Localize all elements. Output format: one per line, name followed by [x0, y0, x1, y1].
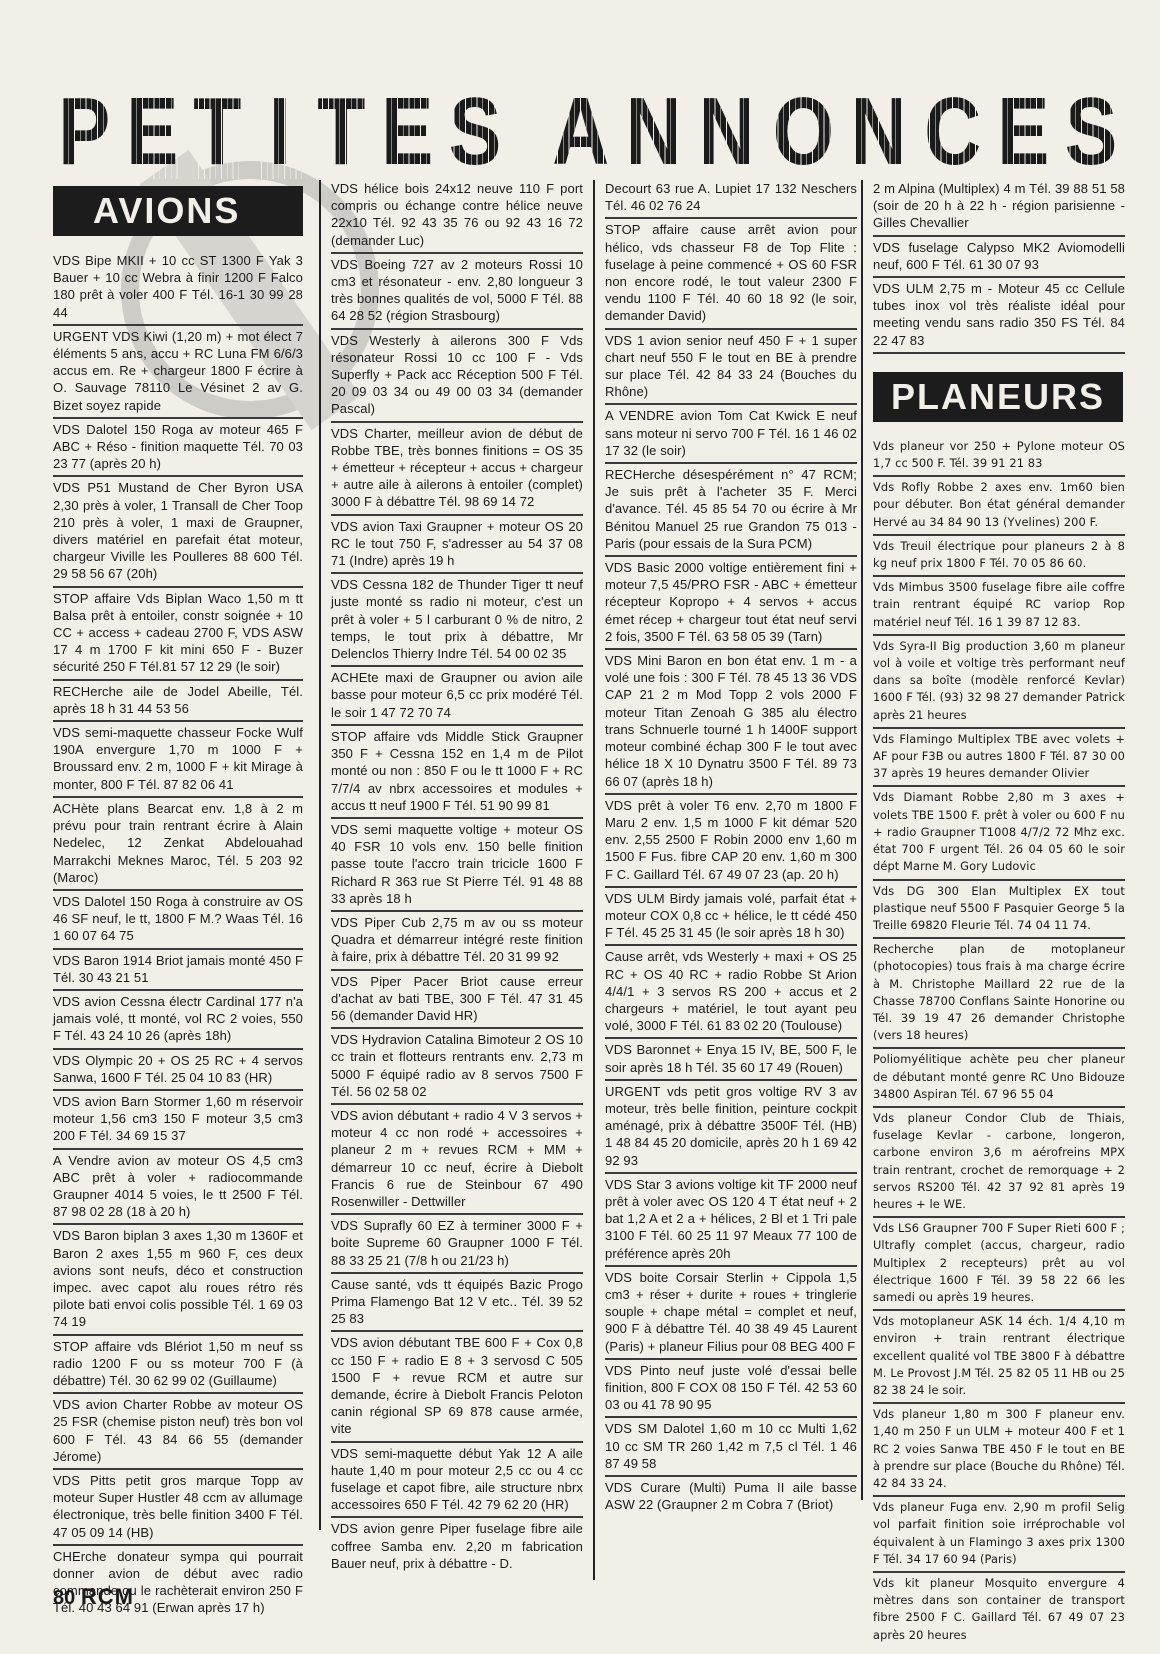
classified-ad: Vds planeur Fuga env. 2,90 m profil Seli… [873, 1497, 1125, 1573]
classified-ad: STOP affaire Vds Biplan Waco 1,50 m tt B… [53, 588, 303, 681]
classified-ad: Vds kit planeur Mosquito envergure 4 mèt… [873, 1573, 1125, 1647]
title-letter: S [449, 85, 502, 179]
title-letter: A [552, 85, 609, 179]
title-letter: O [772, 85, 833, 179]
classified-ad: VDS Dalotel 150 Roga av moteur 465 F ABC… [53, 419, 303, 478]
classified-ad: VDS ULM Birdy jamais volé, parfait état … [605, 888, 857, 947]
classified-ad: Vds planeur 1,80 m 300 F planeur env. 1,… [873, 1404, 1125, 1497]
classified-ad: 2 m Alpina (Multiplex) 4 m Tél. 39 88 51… [873, 180, 1125, 237]
classified-ad: URGENT vds petit gros voltige RV 3 av mo… [605, 1081, 857, 1174]
classified-ad: Vds Mimbus 3500 fuselage fibre aile coff… [873, 577, 1125, 636]
column-2: VDS hélice bois 24x12 neuve 110 F port c… [319, 180, 583, 1530]
title-letter: S [1065, 85, 1118, 179]
classified-ad: VDS avion Taxi Graupner + moteur OS 20 R… [331, 516, 583, 575]
planeurs-list: Vds planeur vor 250 + Pylone moteur OS 1… [873, 436, 1125, 1647]
classified-ad: Vds Syra-II Big production 3,60 m planeu… [873, 636, 1125, 729]
classified-ad: Vds planeur vor 250 + Pylone moteur OS 1… [873, 436, 1125, 477]
classified-ad: VDS P51 Mustand de Cher Byron USA 2,30 p… [53, 477, 303, 587]
classified-ad: VDS avion Charter Robbe av moteur OS 25 … [53, 1394, 303, 1470]
classified-ad: VDS Charter, meilleur avion de début de … [331, 423, 583, 516]
classified-ad: VDS Mini Baron en bon état env. 1 m - a … [605, 650, 857, 795]
classified-ad: VDS Piper Cub 2,75 m av ou ss moteur Qua… [331, 912, 583, 971]
classified-ad: VDS hélice bois 24x12 neuve 110 F port c… [331, 180, 583, 254]
section-header-avions: AVIONS [53, 186, 303, 236]
classified-ad: VDS Piper Pacer Briot cause erreur d'ach… [331, 971, 583, 1030]
classified-ad: Vds Rofly Robbe 2 axes env. 1m60 bien po… [873, 477, 1125, 536]
classified-ad: Vds planeur Condor Club de Thiais, fusel… [873, 1108, 1125, 1218]
classified-ad: STOP affaire vds Middle Stick Graupner 3… [331, 726, 583, 819]
classified-ad: RECHerche aile de Jodel Abeille, Tél. ap… [53, 681, 303, 722]
classified-ad: VDS ULM 2,75 m - Moteur 45 cc Cellule tu… [873, 278, 1125, 354]
classified-ad: VDS Baron biplan 3 axes 1,30 m 1360F et … [53, 1225, 303, 1335]
classified-ad: VDS SM Dalotel 1,60 m 10 cc Multi 1,62 1… [605, 1418, 857, 1477]
classified-ad: Vds Flamingo Multiplex TBE avec volets +… [873, 729, 1125, 788]
classified-ad: URGENT VDS Kiwi (1,20 m) + mot élect 7 é… [53, 326, 303, 419]
title-letter: N [699, 85, 756, 179]
classified-ad: VDS semi-maquette chasseur Focke Wulf 19… [53, 722, 303, 798]
classified-ad: VDS Boeing 727 av 2 moteurs Rossi 10 cm3… [331, 254, 583, 330]
classified-ad: VDS Olympic 20 + OS 25 RC + 4 servos San… [53, 1050, 303, 1091]
classified-ad: VDS Bipe MKII + 10 cc ST 1300 F Yak 3 Ba… [53, 250, 303, 326]
page-footer: 80 RCM [53, 1584, 134, 1610]
classified-ad: VDS Baron 1914 Briot jamais monté 450 F … [53, 950, 303, 991]
title-letter: N [625, 85, 682, 179]
title-letter: E [381, 85, 434, 179]
classified-ad: ACHEte maxi de Graupner ou avion aile ba… [331, 667, 583, 726]
classified-ad: VDS Pitts petit gros marque Topp av mote… [53, 1470, 303, 1546]
page-number: 80 [53, 1587, 75, 1609]
classified-ad: Vds DG 300 Elan Multiplex EX tout plasti… [873, 881, 1125, 940]
classified-ad: A VENDRE avion Tom Cat Kwick E neuf sans… [605, 405, 857, 464]
column-1: AVIONS VDS Bipe MKII + 10 cc ST 1300 F Y… [53, 180, 303, 1620]
classified-ad: Recherche plan de motoplaneur (photocopi… [873, 939, 1125, 1049]
classified-ad: VDS prêt à voler T6 env. 2,70 m 1800 F M… [605, 795, 857, 888]
classified-ad: Vds motoplaneur ASK 14 éch. 1/4 4,10 m e… [873, 1311, 1125, 1404]
title-letter: C [924, 85, 981, 179]
classified-ad: VDS semi-maquette début Yak 12 A aile ha… [331, 1443, 583, 1519]
classified-ad: VDS avion débutant + radio 4 V 3 servos … [331, 1105, 583, 1215]
title-letter: E [997, 85, 1050, 179]
title-letter: P [58, 85, 111, 179]
column-4: 2 m Alpina (Multiplex) 4 m Tél. 39 88 51… [861, 180, 1125, 1500]
column-3: Decourt 63 rue A. Lupiet 17 132 Neschers… [593, 180, 857, 1580]
section-header-planeurs: PLANEURS [873, 372, 1123, 422]
classified-ad: VDS semi maquette voltige + moteur OS 40… [331, 819, 583, 912]
classified-ad: STOP affaire vds Blériot 1,50 m neuf ss … [53, 1336, 303, 1395]
classified-ad: VDS Star 3 avions voltige kit TF 2000 ne… [605, 1174, 857, 1267]
classified-ad: VDS Baronnet + Enya 15 IV, BE, 500 F, le… [605, 1039, 857, 1080]
classified-ad: VDS Dalotel 150 Roga à construire av OS … [53, 891, 303, 950]
classified-ad: VDS avion genre Piper fuselage fibre ail… [331, 1518, 583, 1575]
classified-ad: RECHerche désespérément n° 47 RCM; Je su… [605, 464, 857, 557]
title-letter: T [193, 85, 241, 179]
classified-ad: Vds Treuil électrique pour planeurs 2 à … [873, 536, 1125, 577]
classified-ad: VDS avion Barn Stormer 1,60 m réservoir … [53, 1091, 303, 1150]
classified-ad: Cause arrêt, vds Westerly + maxi + OS 25… [605, 946, 857, 1039]
classified-ad: VDS fuselage Calypso MK2 Aviomodelli neu… [873, 237, 1125, 278]
classified-ad: Vds LS6 Graupner 700 F Super Rieti 600 F… [873, 1218, 1125, 1311]
classified-ad: VDS Curare (Multi) Puma II aile basse AS… [605, 1477, 857, 1516]
classified-ad: Vds Diamant Robbe 2,80 m 3 axes + volets… [873, 787, 1125, 880]
classified-ad: VDS avion Cessna électr Cardinal 177 n'a… [53, 991, 303, 1050]
title-gap [509, 85, 544, 179]
title-letter: I [256, 85, 303, 179]
classified-ad: Cause santé, vds tt équipés Bazic Progo … [331, 1274, 583, 1333]
classified-ad: VDS Pinto neuf juste volé d'essai belle … [605, 1360, 857, 1419]
classified-ad: VDS Suprafly 60 EZ à terminer 3000 F + b… [331, 1215, 583, 1274]
title-letter: E [126, 85, 179, 179]
classified-ad: A Vendre avion av moteur OS 4,5 cm3 ABC … [53, 1150, 303, 1226]
classified-ad: VDS Cessna 182 de Thunder Tiger tt neuf … [331, 574, 583, 667]
title-letter: N [851, 85, 908, 179]
magazine-brand: RCM [81, 1584, 134, 1609]
classified-ad: STOP affaire cause arrêt avion pour héli… [605, 219, 857, 329]
classified-ad: VDS boite Corsair Sterlin + Cippola 1,5 … [605, 1267, 857, 1360]
classified-ad: VDS avion débutant TBE 600 F + Cox 0,8 c… [331, 1332, 583, 1442]
page-title-petites-annonces: P E T I T E S A N N O N C E S [50, 85, 1125, 179]
classified-ad: ACHète plans Bearcat env. 1,8 à 2 m prév… [53, 798, 303, 891]
classified-ad: VDS 1 avion senior neuf 450 F + 1 super … [605, 330, 857, 406]
classified-ad: VDS Westerly à ailerons 300 F Vds résona… [331, 330, 583, 423]
classified-ad: Poliomyélitique achète peu cher planeur … [873, 1049, 1125, 1108]
title-letter: T [318, 85, 366, 179]
classified-columns: AVIONS VDS Bipe MKII + 10 cc ST 1300 F Y… [53, 180, 1123, 1580]
classified-ad: VDS Hydravion Catalina Bimoteur 2 OS 10 … [331, 1029, 583, 1105]
classified-ad: Decourt 63 rue A. Lupiet 17 132 Neschers… [605, 180, 857, 219]
classified-ad: VDS Basic 2000 voltige entièrement fini … [605, 557, 857, 650]
